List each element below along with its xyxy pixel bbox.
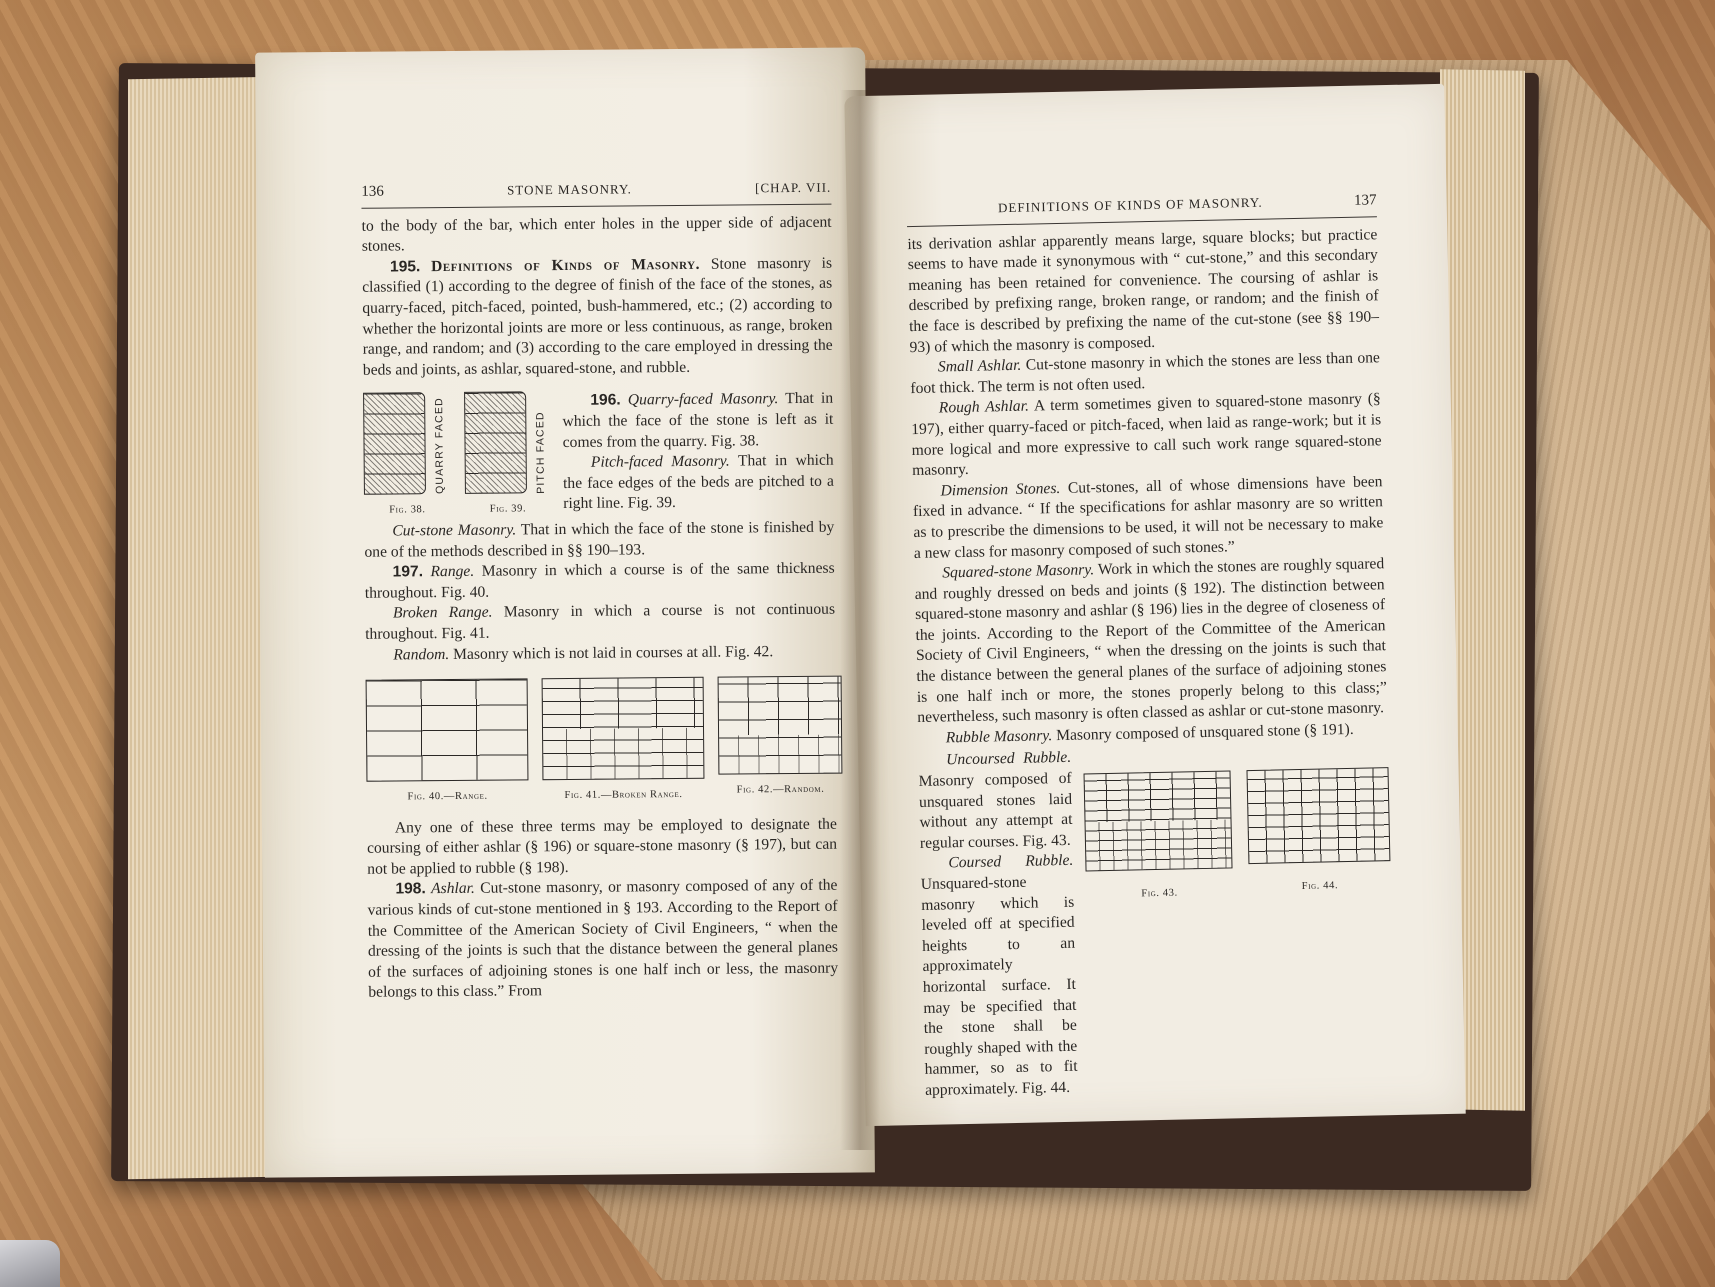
paragraph: Pitch-faced Masonry. That in which the f… [563, 451, 834, 515]
right-page-content: DEFINITIONS OF KINDS OF MASONRY. 137 its… [906, 190, 1395, 1101]
term: Pitch-faced Masonry. [591, 453, 730, 471]
coursing-figures: Fig. 40.—Range. Fig. 41.—Broken Range. F… [366, 676, 837, 809]
figure-label: QUARRY FACED [429, 397, 450, 494]
running-head-title: DEFINITIONS OF KINDS OF MASONRY. [998, 193, 1263, 219]
definition: Masonry which is not laid in courses at … [453, 643, 773, 663]
paragraph: Squared-stone Masonry. Work in which the… [914, 554, 1387, 729]
section-195: 195. Definitions of Kinds of Masonry. St… [362, 253, 833, 381]
term: Dimension Stones. [940, 480, 1060, 500]
term: Coursed Rubble. [948, 852, 1073, 872]
definition: Masonry composed of unsquared stones lai… [918, 770, 1072, 852]
definition: Masonry composed of unsquared stone (§ 1… [1056, 721, 1354, 744]
page-number: 136 [361, 182, 384, 203]
term: Ashlar. [431, 880, 475, 897]
page-block-left [128, 77, 278, 1180]
figure-41: Fig. 41.—Broken Range. [542, 677, 705, 807]
running-head-title: STONE MASONRY. [507, 179, 632, 201]
page-number: 137 [1354, 190, 1377, 211]
pitch-faced-drawing [464, 392, 527, 495]
rubble-figures: Fig. 43. Fig. 44. [1084, 768, 1392, 907]
term: Range. [430, 563, 474, 580]
paragraph: Cut-stone Masonry. That in which the fac… [364, 518, 834, 563]
range-wall-drawing [366, 678, 529, 781]
paragraph: Uncoursed Rubble. Masonry composed of un… [918, 748, 1073, 854]
left-running-head: 136 STONE MASONRY. [CHAP. VII. [361, 178, 831, 209]
section-heading: Definitions of Kinds of Masonry. [431, 256, 700, 275]
right-page: DEFINITIONS OF KINDS OF MASONRY. 137 its… [844, 84, 1465, 1126]
term: Cut-stone Masonry. [392, 521, 516, 539]
section-196: 196. Quarry-faced Masonry. That in which… [562, 389, 833, 453]
figure-44: Fig. 44. [1246, 768, 1391, 904]
term: Broken Range. [393, 604, 493, 622]
figure-caption: Fig. 38. [389, 501, 426, 522]
paragraph: Coursed Rubble. Unsquared-stone masonry … [920, 851, 1078, 1101]
figure-label: PITCH FACED [530, 411, 551, 494]
corner-object [0, 1240, 60, 1287]
broken-range-wall-drawing [542, 677, 705, 780]
figure-caption: Fig. 40.—Range. [407, 787, 487, 808]
term: Uncoursed Rubble. [946, 749, 1071, 769]
paragraph: its derivation ashlar apparently means l… [907, 225, 1379, 358]
uncoursed-rubble-drawing [1084, 771, 1233, 872]
term: Squared-stone Masonry. [942, 561, 1094, 581]
term: Random. [393, 646, 449, 663]
term: Small Ashlar. [938, 357, 1022, 376]
figure-42: Fig. 42.—Random. [718, 676, 843, 806]
figure-38: QUARRY FACED Fig. 38. [363, 392, 451, 521]
figure-43: Fig. 43. [1084, 771, 1234, 907]
figure-caption: Fig. 43. [1141, 884, 1178, 905]
figure-caption: Fig. 41.—Broken Range. [564, 785, 682, 807]
figure-caption: Fig. 42.—Random. [737, 780, 825, 801]
section-number: 195. [390, 258, 421, 275]
term: Rubble Masonry. [946, 727, 1053, 746]
term: Rough Ashlar. [939, 398, 1029, 417]
paragraph: Any one of these three terms may be empl… [367, 814, 838, 880]
section-196-text: 196. Quarry-faced Masonry. That in which… [562, 389, 834, 515]
book-gutter [840, 90, 880, 1150]
section-number: 196. [590, 392, 621, 409]
figure-40: Fig. 40.—Range. [366, 678, 529, 808]
rubble-block: Uncoursed Rubble. Masonry composed of un… [918, 742, 1395, 1102]
left-page-content: 136 STONE MASONRY. [CHAP. VII. to the bo… [361, 178, 838, 1004]
paragraph: Broken Range. Masonry in which a course … [365, 600, 835, 645]
paragraph: Random. Masonry which is not laid in cou… [365, 641, 835, 666]
figure-caption: Fig. 39. [490, 500, 527, 521]
term: Quarry-faced Masonry. [628, 390, 779, 408]
paragraph: Dimension Stones. Cut-stones, all of who… [912, 472, 1384, 564]
quarry-faced-drawing [363, 393, 426, 496]
figure-39: PITCH FACED Fig. 39. [464, 391, 552, 520]
coursed-rubble-drawing [1246, 768, 1390, 865]
right-running-head: DEFINITIONS OF KINDS OF MASONRY. 137 [906, 190, 1376, 226]
rubble-text: Uncoursed Rubble. Masonry composed of un… [918, 748, 1078, 1101]
face-figures: QUARRY FACED Fig. 38. PITCH FACED Fig. 3… [363, 391, 551, 521]
figure-caption: Fig. 44. [1302, 877, 1339, 898]
random-wall-drawing [718, 676, 843, 775]
section-198: 198. Ashlar. Cut-stone masonry, or mason… [367, 876, 838, 1004]
section-197: 197. Range. Masonry in which a course is… [365, 559, 835, 604]
definition: Unsquared-stone masonry which is leveled… [921, 874, 1078, 1099]
definition: Work in which the stones are roughly squ… [915, 555, 1387, 726]
chapter-tag: [CHAP. VII. [755, 178, 831, 199]
paragraph: Rough Ashlar. A term sometimes given to … [911, 390, 1383, 482]
section-number: 197. [393, 563, 424, 580]
section-number: 198. [395, 881, 426, 898]
left-page: 136 STONE MASONRY. [CHAP. VII. to the bo… [255, 47, 875, 1177]
figure-38-39-block: QUARRY FACED Fig. 38. PITCH FACED Fig. 3… [363, 389, 834, 522]
paragraph: to the body of the bar, which enter hole… [362, 212, 832, 257]
